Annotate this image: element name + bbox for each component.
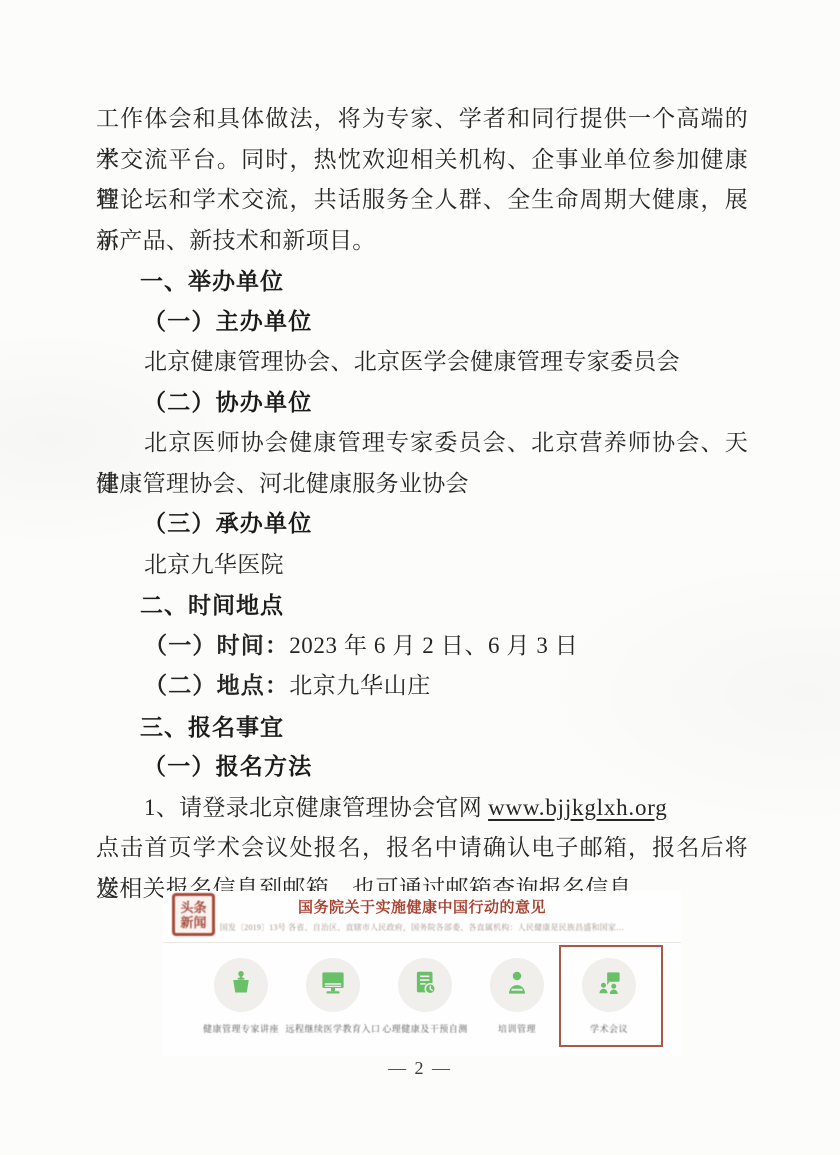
- time-label: （一）时间：: [144, 633, 289, 658]
- intro-paragraph-line: 新产品、新技术和新项目。: [96, 221, 748, 262]
- nav-circle: [214, 958, 268, 1012]
- document-body: 工作体会和具体做法，将为专家、学者和同行提供一个高端的学 术交流平台。同时，热忱…: [96, 99, 748, 909]
- nav-item-academic-conference[interactable]: 学术会议: [563, 958, 655, 1035]
- meeting-icon: [594, 968, 624, 1003]
- registration-line-1: 1、请登录北京健康管理协会官网 www.bjjkglxh.org: [96, 788, 748, 829]
- nav-circle: [306, 958, 360, 1012]
- website-nav-icons: 健康管理专家讲座 远程继续医学教育入口 心理健康及干预自测 培训管理: [163, 943, 681, 1035]
- association-website-url[interactable]: www.bjjkglxh.org: [488, 795, 668, 820]
- nav-circle: [582, 958, 636, 1012]
- host-organizations-text: 北京健康管理协会、北京医学会健康管理专家委员会: [96, 342, 748, 383]
- nav-item-remote-education[interactable]: 远程继续医学教育入口: [287, 958, 379, 1035]
- intro-paragraph-line: 术交流平台。同时，热忱欢迎相关机构、企事业单位参加健康管: [96, 140, 748, 181]
- nav-item-label: 学术会议: [590, 1022, 628, 1035]
- website-news-header: 头条 新闻 国务院关于实施健康中国行动的意见 国发〔2019〕13号 各省、自治…: [163, 891, 681, 943]
- news-headline[interactable]: 国务院关于实施健康中国行动的意见: [163, 891, 681, 917]
- website-screenshot: 头条 新闻 国务院关于实施健康中国行动的意见 国发〔2019〕13号 各省、自治…: [163, 891, 681, 1056]
- co-organizers-text-line: 北京医师协会健康管理专家委员会、北京营养师协会、天津: [96, 423, 748, 464]
- podium-icon: [226, 968, 256, 1003]
- time-line: （一）时间：2023 年 6 月 2 日、6 月 3 日: [96, 626, 748, 667]
- nav-item-label: 培训管理: [498, 1022, 536, 1035]
- monitor-icon: [318, 968, 348, 1003]
- nav-circle: [398, 958, 452, 1012]
- section-1-heading: 一、举办单位: [96, 261, 748, 302]
- news-summary: 国发〔2019〕13号 各省、自治区、直辖市人民政府，国务院各部委、各直属机构：…: [163, 922, 681, 933]
- nav-item-label: 健康管理专家讲座: [203, 1022, 279, 1035]
- page-number: — 2 —: [0, 1058, 840, 1079]
- nav-item-label: 远程继续医学教育入口: [286, 1022, 381, 1035]
- intro-paragraph-line: 理论坛和学术交流，共话服务全人群、全生命周期大健康，展示: [96, 180, 748, 221]
- nav-item-training-management[interactable]: 培训管理: [471, 958, 563, 1035]
- co-organizers-text-line: 健康管理协会、河北健康服务业协会: [96, 464, 748, 505]
- registration-line-2: 点击首页学术会议处报名，报名中请确认电子邮箱，报名后将发: [96, 828, 748, 869]
- person-icon: [502, 968, 532, 1003]
- section-1-2-heading: （二）协办单位: [96, 383, 748, 424]
- undertaker-text: 北京九华医院: [96, 545, 748, 586]
- location-label: （二）地点：: [144, 673, 289, 698]
- section-1-3-heading: （三）承办单位: [96, 504, 748, 545]
- nav-item-expert-lectures[interactable]: 健康管理专家讲座: [195, 958, 287, 1035]
- section-1-1-heading: （一）主办单位: [96, 302, 748, 343]
- registration-line-1-text: 1、请登录北京健康管理协会官网: [144, 795, 488, 820]
- intro-paragraph-line: 工作体会和具体做法，将为专家、学者和同行提供一个高端的学: [96, 99, 748, 140]
- nav-item-label: 心理健康及干预自测: [382, 1022, 468, 1035]
- nav-item-mental-health-test[interactable]: 心理健康及干预自测: [379, 958, 471, 1035]
- section-2-heading: 二、时间地点: [96, 585, 748, 626]
- time-value: 2023 年 6 月 2 日、6 月 3 日: [289, 633, 578, 658]
- report-icon: [410, 968, 440, 1003]
- section-3-heading: 三、报名事宜: [96, 707, 748, 748]
- nav-circle: [490, 958, 544, 1012]
- location-line: （二）地点：北京九华山庄: [96, 666, 748, 707]
- section-3-1-heading: （一）报名方法: [96, 747, 748, 788]
- location-value: 北京九华山庄: [289, 673, 431, 698]
